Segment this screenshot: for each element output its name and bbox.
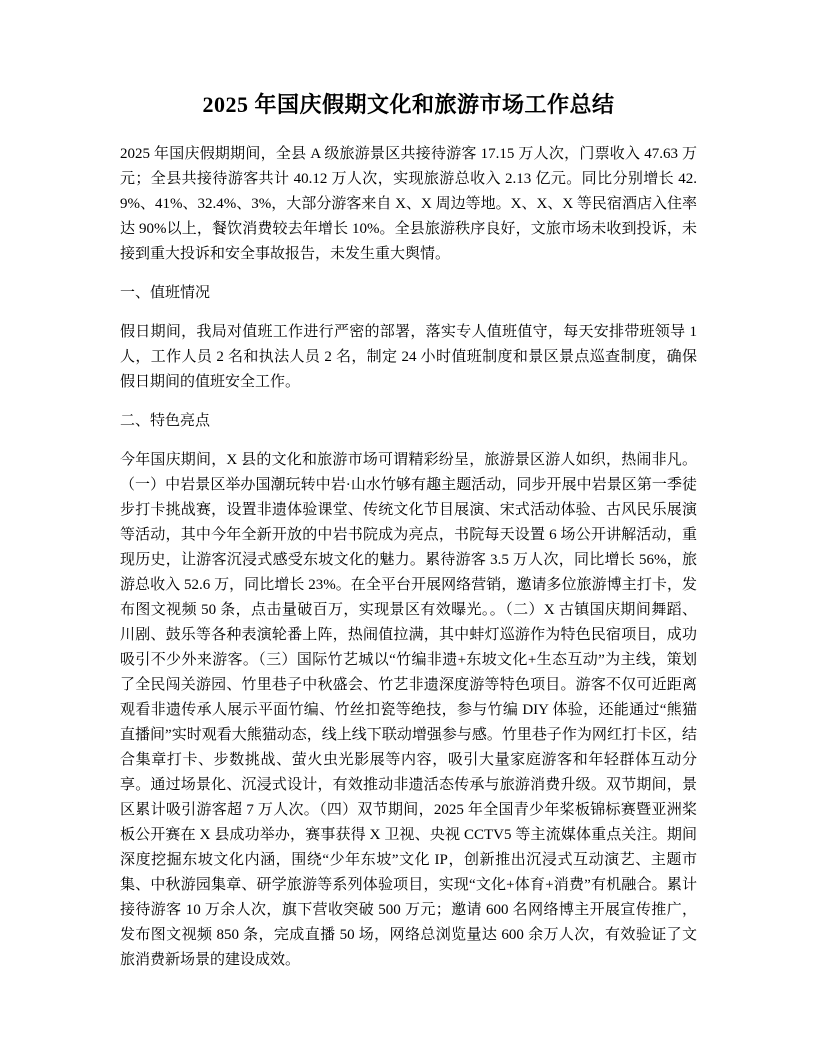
section1-paragraph: 假日期间，我局对值班工作进行严密的部署，落实专人值班值守，每天安排带班领导 1 … — [120, 320, 697, 395]
section2-paragraph: 今年国庆期间，X 县的文化和旅游市场可谓精彩纷呈，旅游景区游人如织，热闹非凡。（… — [120, 448, 697, 973]
document-page: 2025 年国庆假期文化和旅游市场工作总结 2025 年国庆假期期间，全县 A … — [0, 0, 816, 1056]
section2-heading: 二、特色亮点 — [120, 409, 697, 434]
document-title: 2025 年国庆假期文化和旅游市场工作总结 — [120, 90, 697, 120]
section1-heading: 一、值班情况 — [120, 281, 697, 306]
intro-paragraph: 2025 年国庆假期期间，全县 A 级旅游景区共接待游客 17.15 万人次，门… — [120, 142, 697, 267]
